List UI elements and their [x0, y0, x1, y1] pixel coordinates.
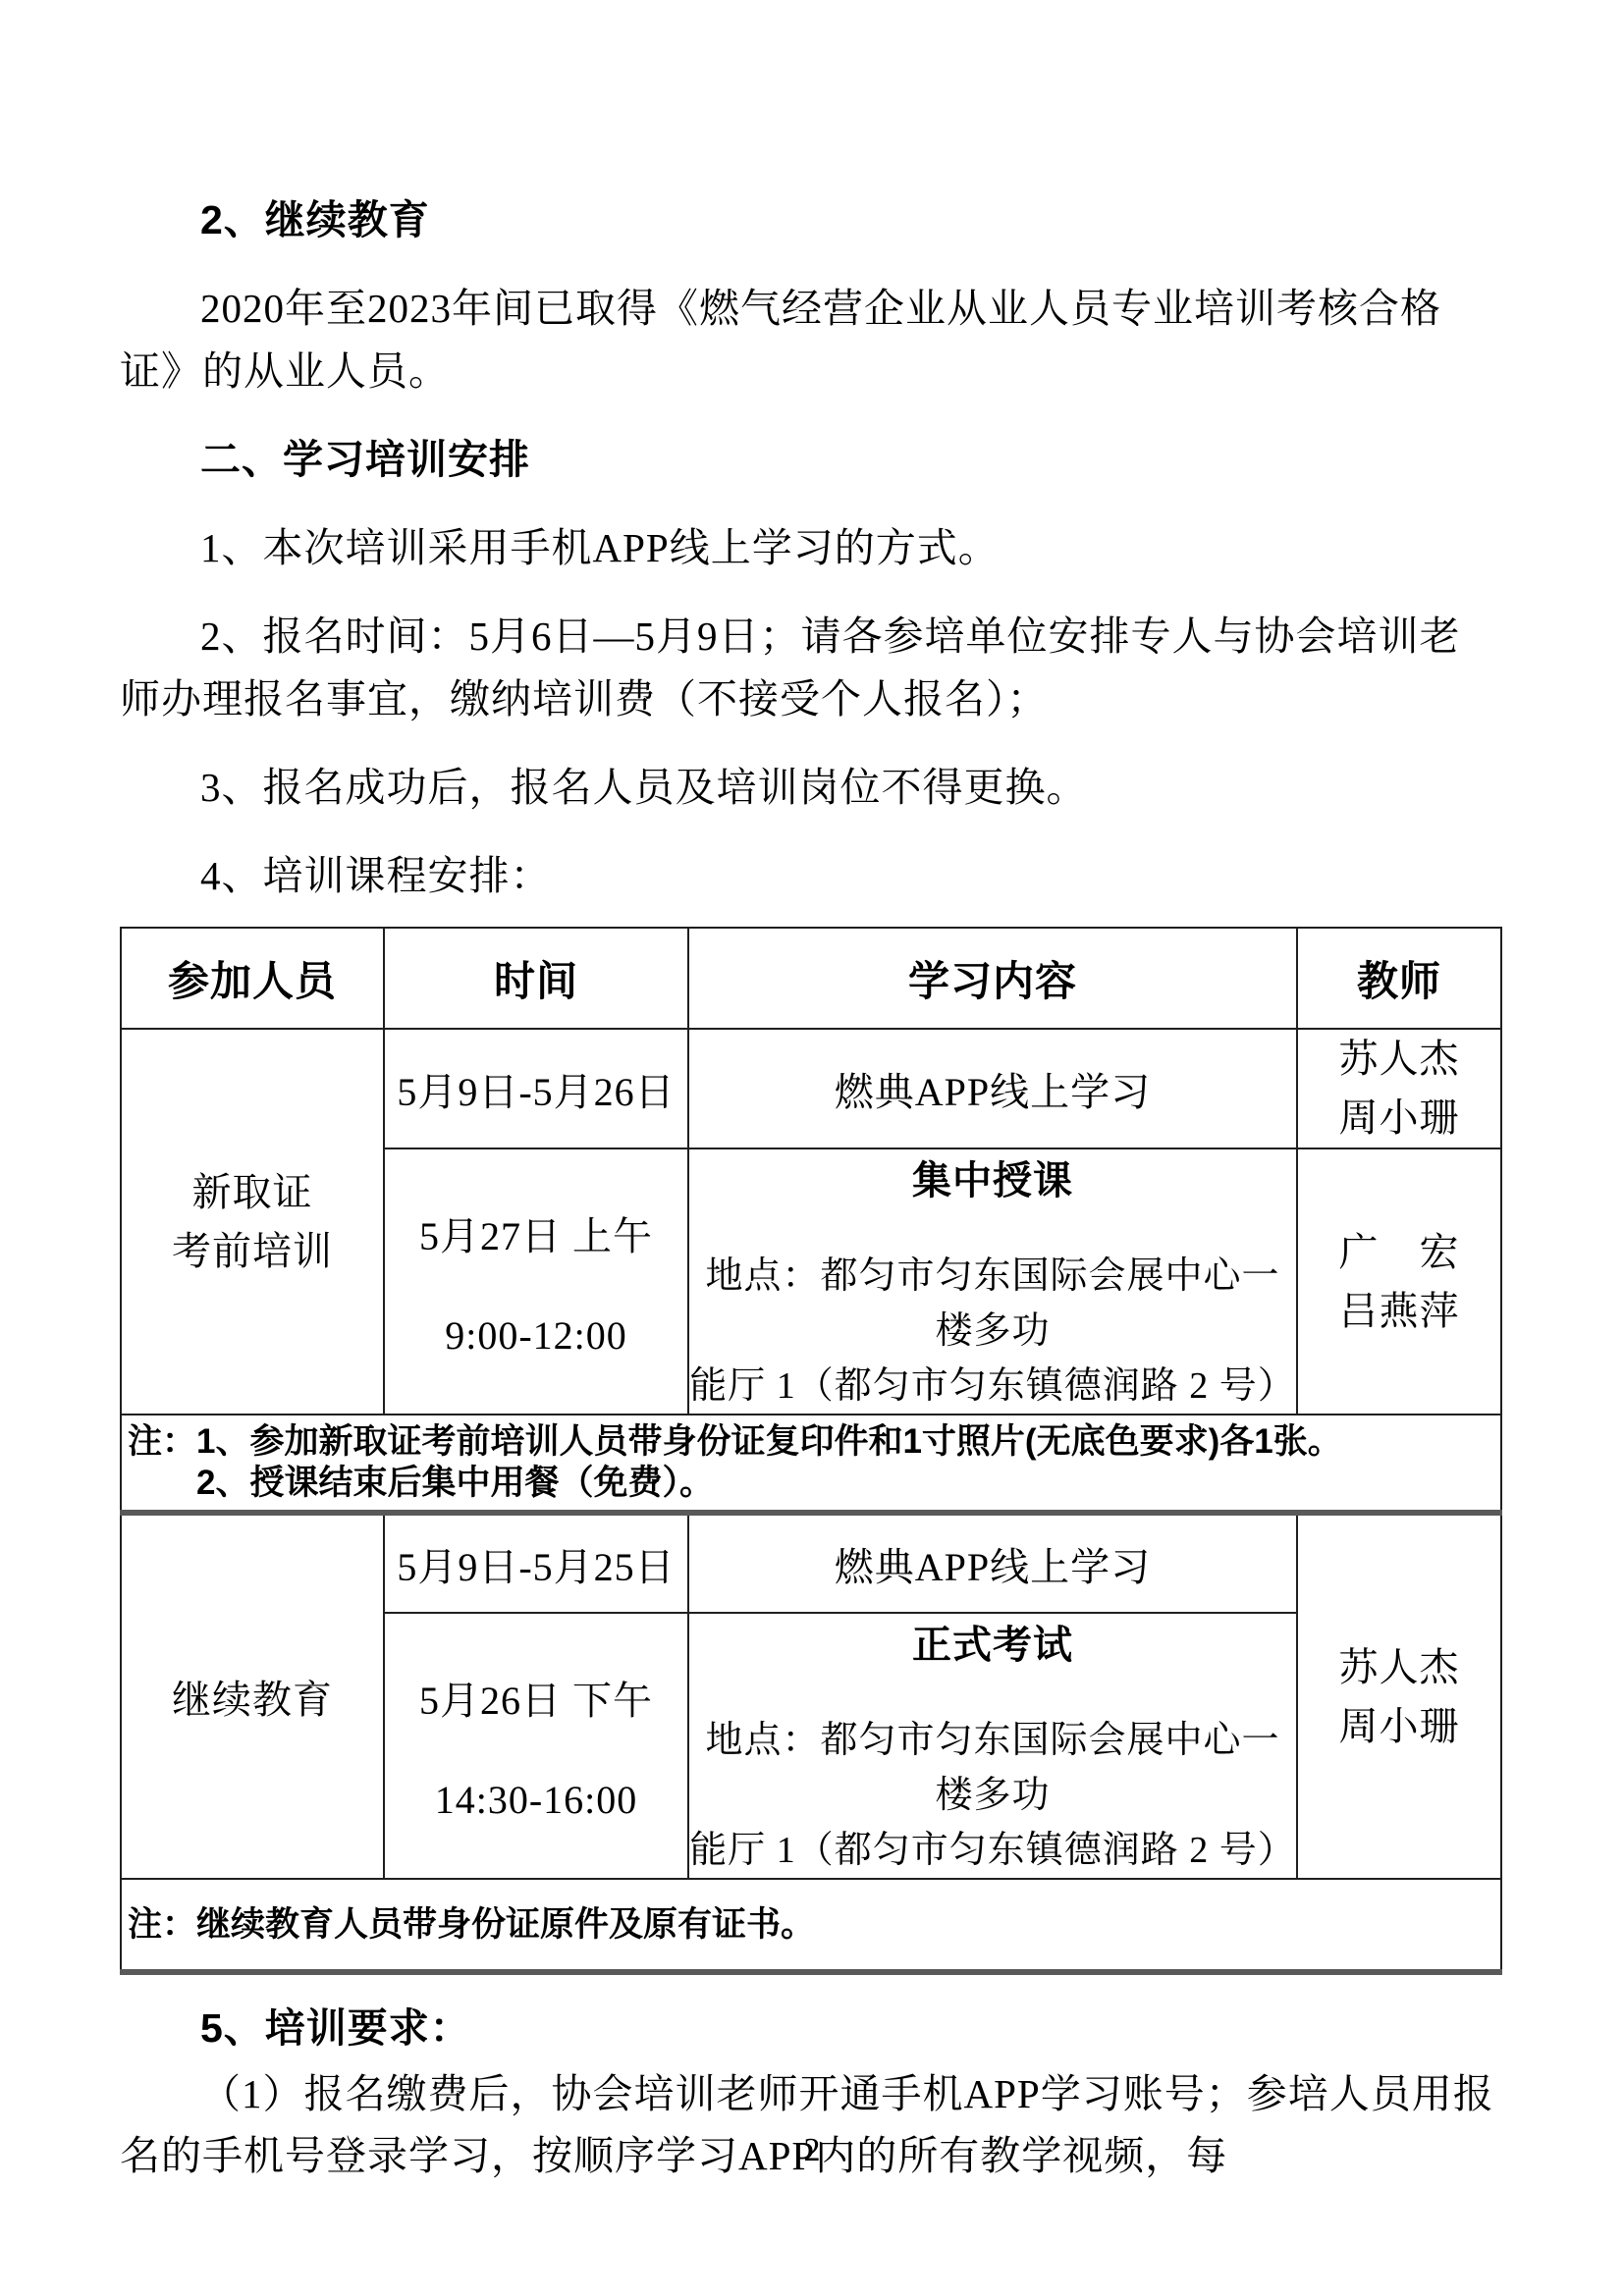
heading-training-requirements: 5、培训要求： [120, 1997, 1500, 2059]
note-newcert: 注：1、参加新取证考前培训人员带身份证复印件和1寸照片(无底色要求)各1张。 2… [121, 1415, 1501, 1513]
class-hours: 9:00-12:00 [445, 1312, 627, 1359]
para-item-2: 2、报名时间：5月6日—5月9日；请各参培单位安排专人与协会培训老师办理报名事宜… [120, 605, 1500, 730]
table-note-row-newcert: 注：1、参加新取证考前培训人员带身份证复印件和1寸照片(无底色要求)各1张。 2… [121, 1415, 1501, 1513]
heading-continuing-education: 2、继续教育 [120, 188, 1500, 251]
col-header-content: 学习内容 [688, 928, 1297, 1029]
page-number: 2 [0, 2132, 1624, 2169]
heading-training-arrangement: 二、学习培训安排 [120, 428, 1500, 491]
class-date: 5月27日 上午 [419, 1205, 653, 1261]
exam-hours: 14:30-16:00 [435, 1777, 638, 1823]
para-item-3: 3、报名成功后，报名人员及培训岗位不得更换。 [120, 756, 1500, 819]
table-row-newcert-online: 新取证 考前培训 5月9日-5月26日 燃典APP线上学习 苏人杰 周小珊 [121, 1029, 1501, 1148]
para-item-4: 4、培训课程安排： [120, 844, 1500, 907]
teacher-name: 周小珊 [1298, 1697, 1500, 1756]
participant-newcert-line2: 考前培训 [122, 1222, 383, 1281]
table-row-continuing-online: 继续教育 5月9日-5月25日 燃典APP线上学习 苏人杰 周小珊 [121, 1513, 1501, 1613]
col-header-time: 时间 [384, 928, 688, 1029]
cell-teacher-newcert-class: 广 宏 吕燕萍 [1297, 1148, 1501, 1415]
note-newcert-line1: 注：1、参加新取证考前培训人员带身份证复印件和1寸照片(无底色要求)各1张。 [128, 1421, 1492, 1463]
note-continuing: 注：继续教育人员带身份证原件及原有证书。 [121, 1879, 1501, 1972]
cell-time-newcert-online: 5月9日-5月26日 [384, 1029, 688, 1148]
cell-content-newcert-class: 集中授课 地点：都匀市匀东国际会展中心一楼多功 能厅 1（都匀市匀东镇德润路 2… [688, 1148, 1297, 1415]
cell-time-newcert-class: 5月27日 上午 9:00-12:00 [384, 1148, 688, 1415]
teacher-name: 苏人杰 [1298, 1638, 1500, 1697]
document-page: 2、继续教育 2020年至2023年间已取得《燃气经营企业从业人员专业培训考核合… [0, 0, 1624, 2296]
table-note-row-continuing: 注：继续教育人员带身份证原件及原有证书。 [121, 1879, 1501, 1972]
exam-location: 地点：都匀市匀东国际会展中心一楼多功 能厅 1（都匀市匀东镇德润路 2 号） [689, 1713, 1296, 1878]
cell-teacher-continuing: 苏人杰 周小珊 [1297, 1513, 1501, 1879]
class-content-title: 集中授课 [912, 1149, 1073, 1205]
cell-content-continuing-online: 燃典APP线上学习 [688, 1513, 1297, 1613]
class-location: 地点：都匀市匀东国际会展中心一楼多功 能厅 1（都匀市匀东镇德润路 2 号） [689, 1249, 1296, 1414]
cell-participant-continuing: 继续教育 [121, 1513, 384, 1879]
col-header-participants: 参加人员 [121, 928, 384, 1029]
note-continuing-line: 注：继续教育人员带身份证原件及原有证书。 [128, 1891, 1492, 1959]
exam-date: 5月26日 下午 [419, 1670, 653, 1726]
para-item-1: 1、本次培训采用手机APP线上学习的方式。 [120, 516, 1500, 579]
col-header-teacher: 教师 [1297, 928, 1501, 1029]
cell-time-continuing-online: 5月9日-5月25日 [384, 1513, 688, 1613]
cell-content-continuing-exam: 正式考试 地点：都匀市匀东国际会展中心一楼多功 能厅 1（都匀市匀东镇德润路 2… [688, 1613, 1297, 1879]
teacher-name: 苏人杰 [1298, 1030, 1500, 1089]
cell-content-newcert-online: 燃典APP线上学习 [688, 1029, 1297, 1148]
table-header-row: 参加人员 时间 学习内容 教师 [121, 928, 1501, 1029]
training-schedule-table: 参加人员 时间 学习内容 教师 新取证 考前培训 5月9日-5月26日 燃典AP… [120, 927, 1502, 1975]
note-newcert-line2: 2、授课结束后集中用餐（免费）。 [128, 1463, 1492, 1504]
participant-newcert-line1: 新取证 [122, 1163, 383, 1222]
para-continuing-scope: 2020年至2023年间已取得《燃气经营企业从业人员专业培训考核合格证》的从业人… [120, 277, 1500, 402]
exam-content-title: 正式考试 [912, 1614, 1073, 1670]
cell-teacher-newcert-online: 苏人杰 周小珊 [1297, 1029, 1501, 1148]
teacher-name: 吕燕萍 [1298, 1282, 1500, 1341]
teacher-name: 广 宏 [1298, 1223, 1500, 1282]
cell-participant-newcert: 新取证 考前培训 [121, 1029, 384, 1415]
teacher-name: 周小珊 [1298, 1089, 1500, 1148]
cell-time-continuing-exam: 5月26日 下午 14:30-16:00 [384, 1613, 688, 1879]
